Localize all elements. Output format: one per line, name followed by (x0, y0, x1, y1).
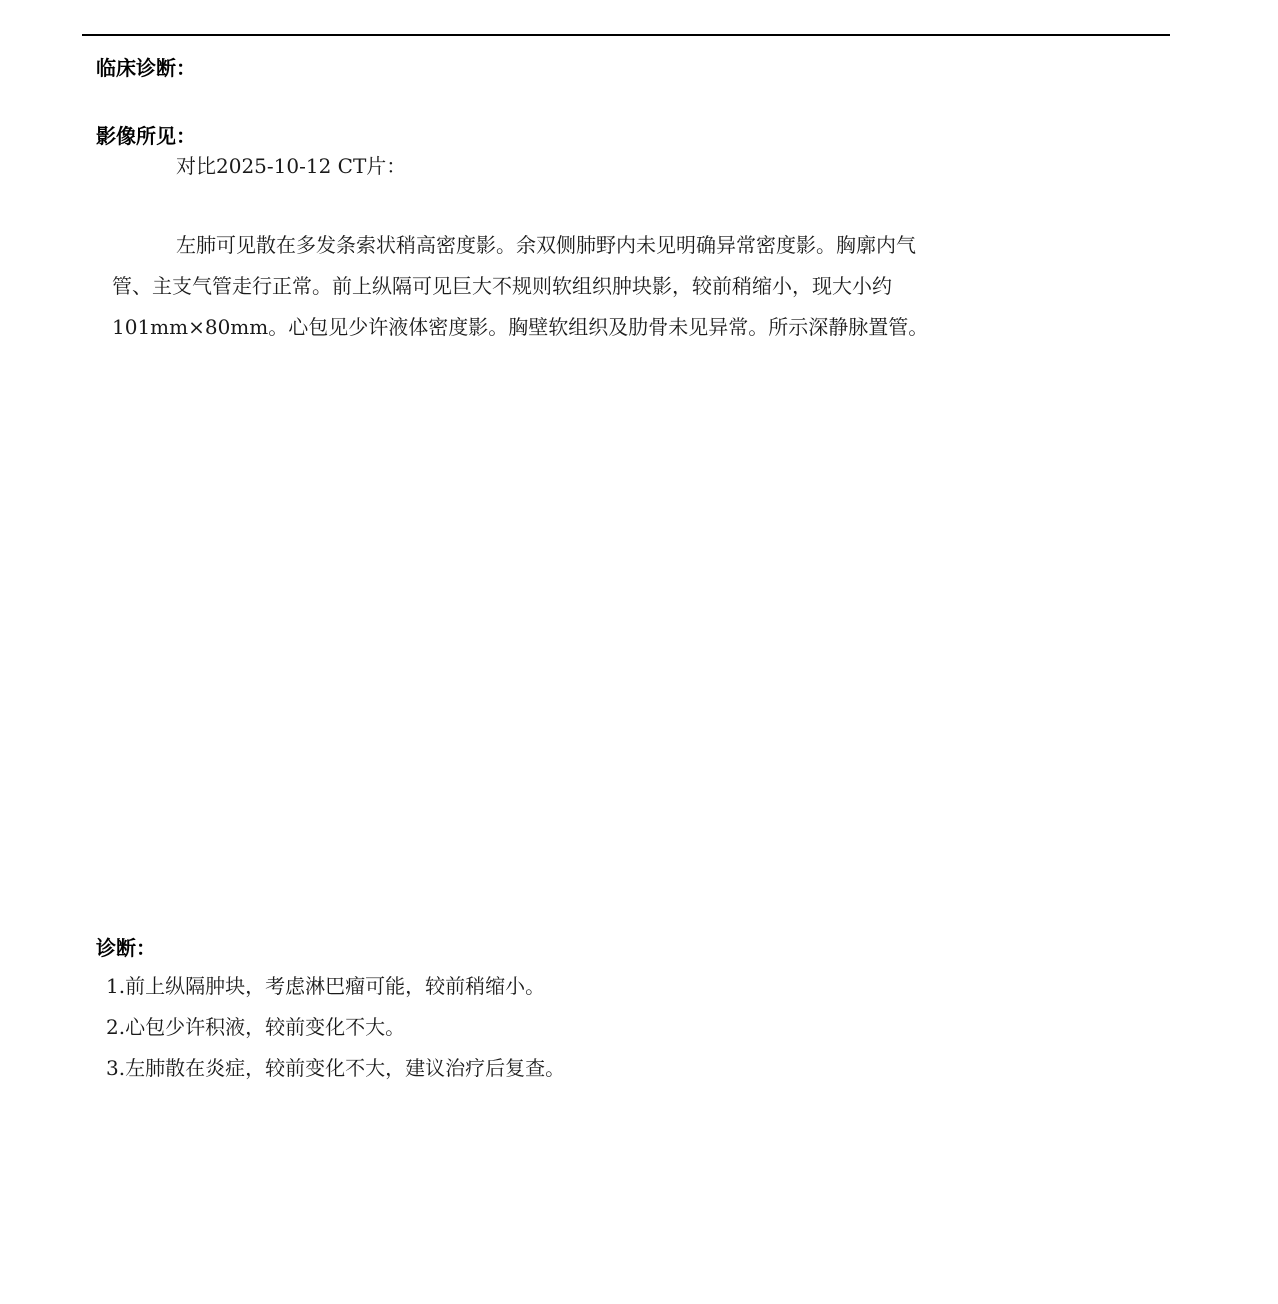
diagnosis-heading: 诊断： (96, 932, 156, 961)
diagnosis-item: 1.前上纵隔肿块，考虑淋巴瘤可能，较前稍缩小。 (106, 966, 545, 1007)
header-divider (82, 34, 1170, 36)
comparison-note: 对比2025-10-12 CT片： (176, 146, 406, 187)
findings-line-3: 101mm×80mm。心包见少许液体密度影。胸壁软组织及肋骨未见异常。所示深静脉… (112, 307, 928, 348)
imaging-findings-heading: 影像所见： (96, 120, 196, 149)
diagnosis-item: 2.心包少许积液，较前变化不大。 (106, 1007, 405, 1048)
clinical-diagnosis-heading: 临床诊断： (96, 52, 196, 81)
diagnosis-item: 3.左肺散在炎症，较前变化不大，建议治疗后复查。 (106, 1048, 565, 1089)
findings-line-1: 左肺可见散在多发条索状稍高密度影。余双侧肺野内未见明确异常密度影。胸廓内气 (176, 225, 916, 266)
findings-line-2: 管、主支气管走行正常。前上纵隔可见巨大不规则软组织肿块影，较前稍缩小，现大小约 (112, 266, 892, 307)
